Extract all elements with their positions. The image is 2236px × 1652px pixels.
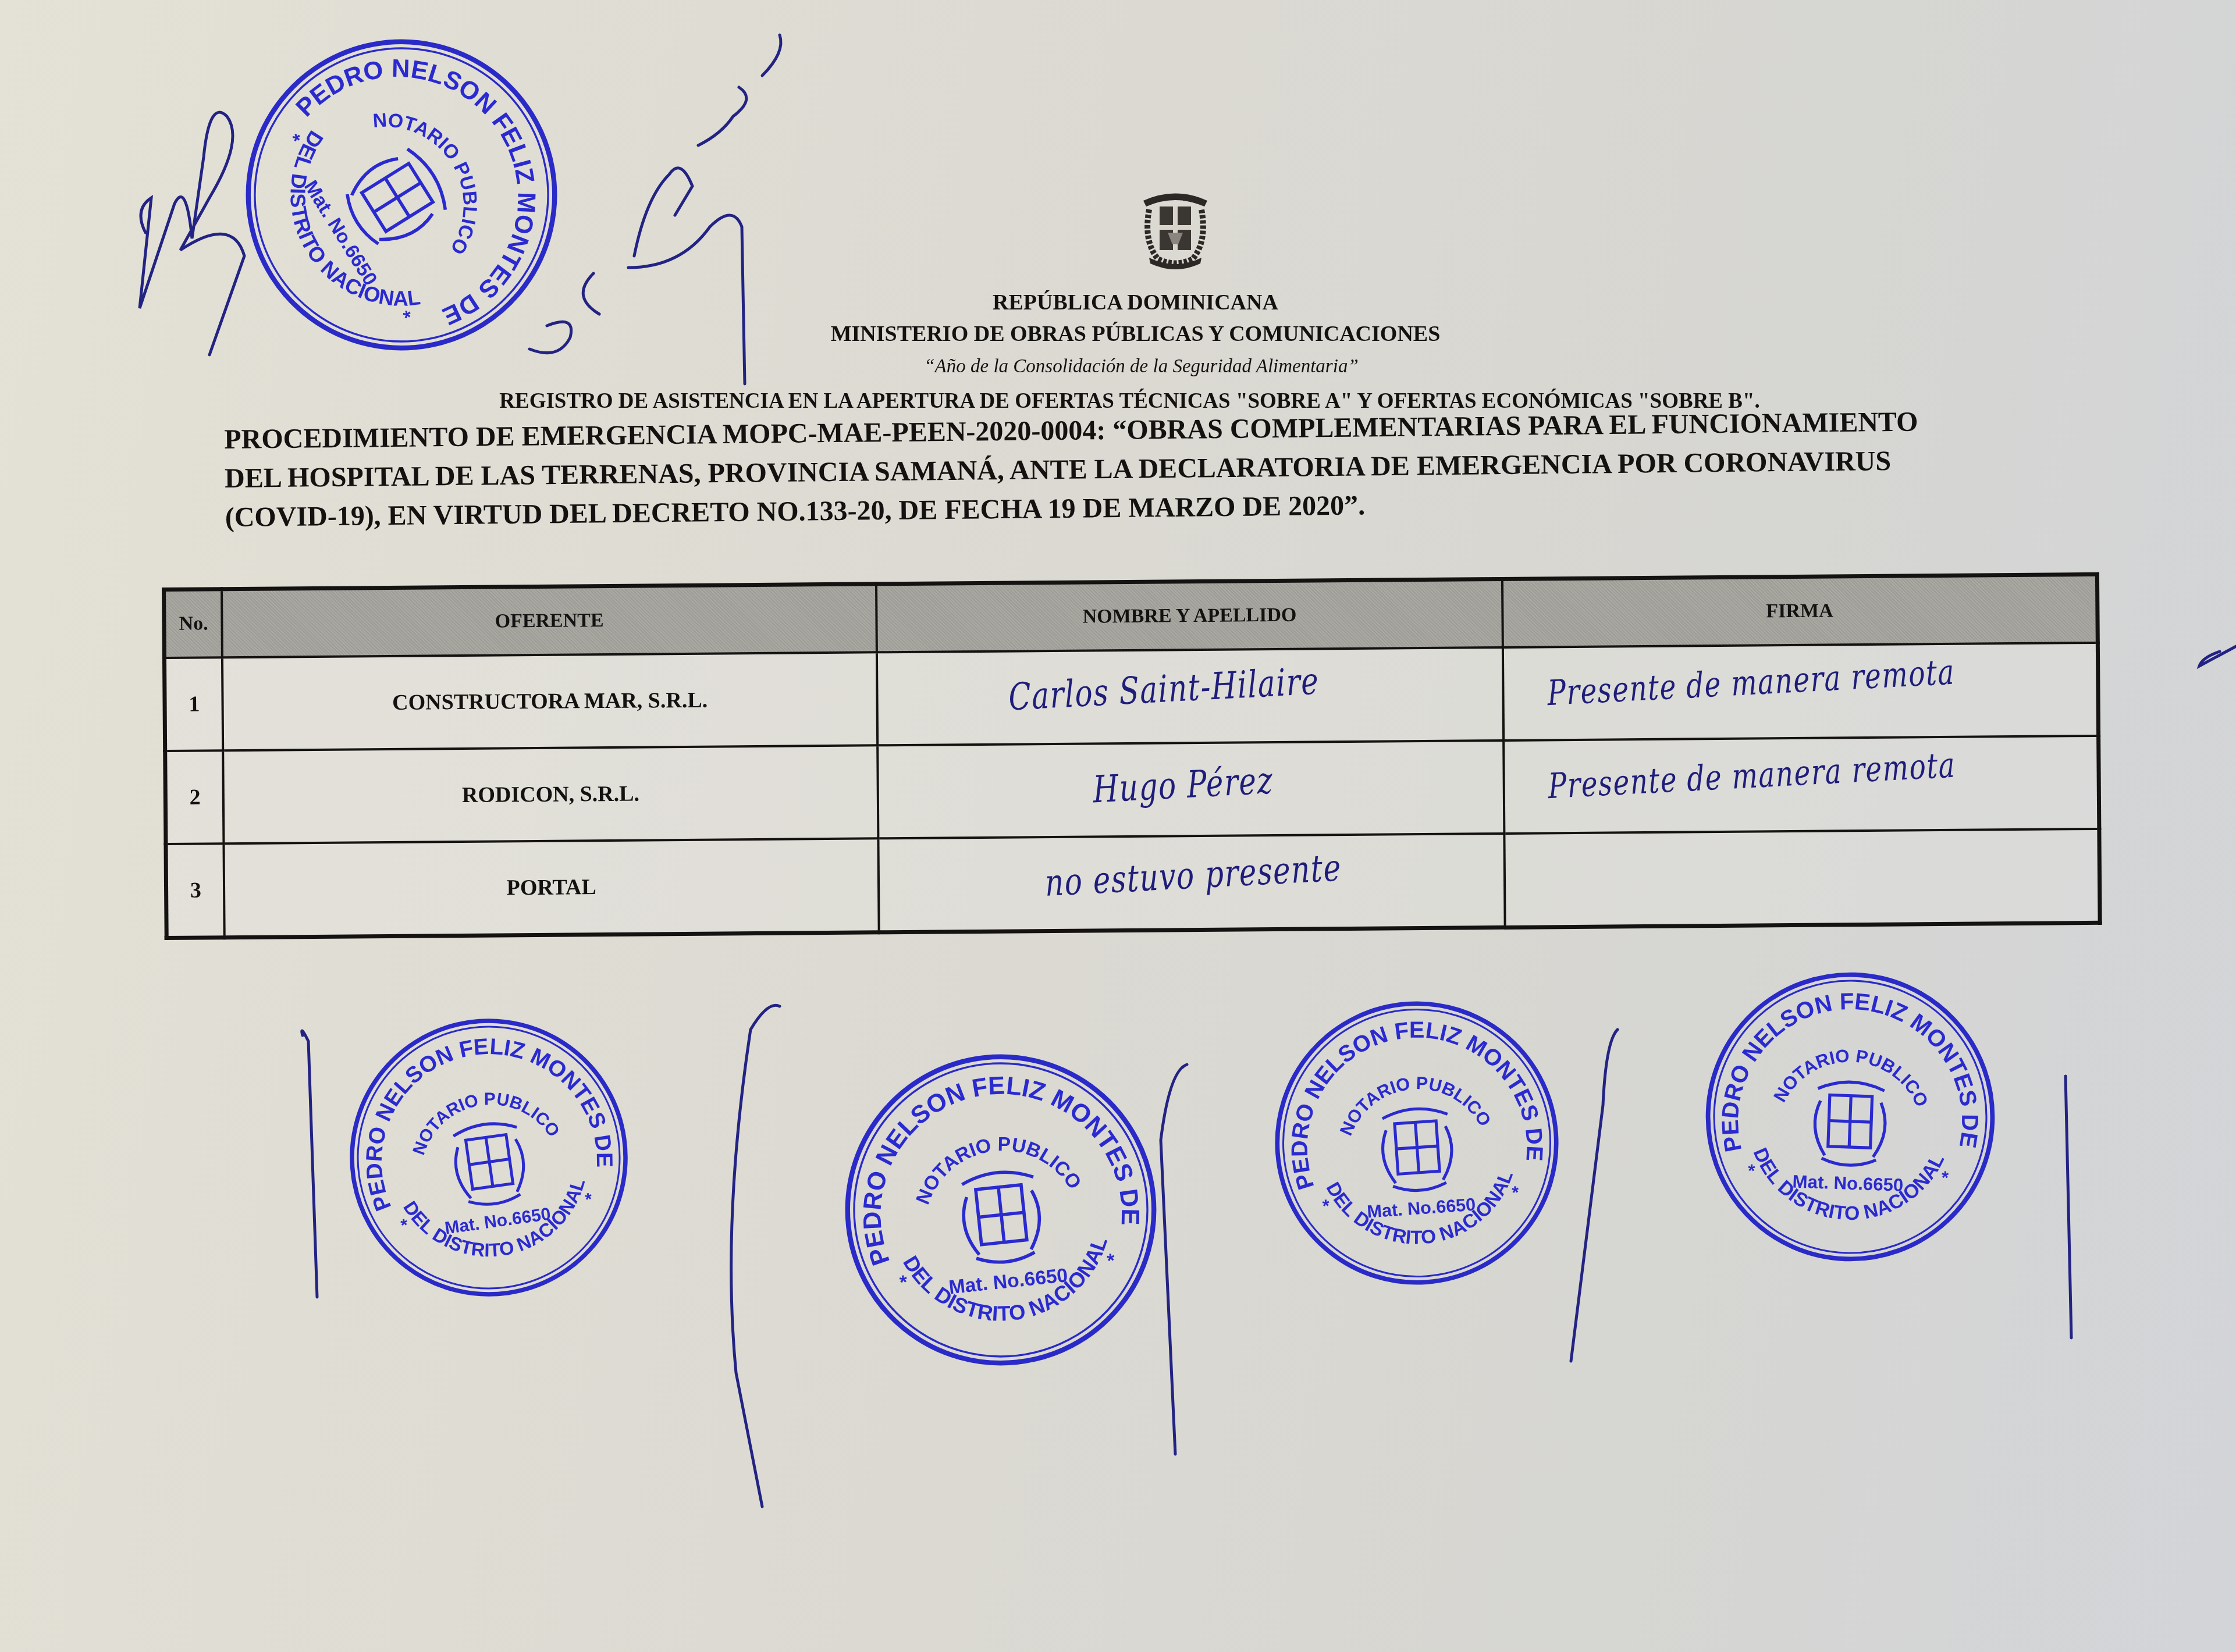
- firma-cell: Presente de manera remota: [1504, 736, 2099, 834]
- handwritten-firma: Presente de manera remota: [1547, 651, 1956, 714]
- header-nombre: NOMBRE Y APELLIDO: [876, 579, 1503, 652]
- table-row: 3 PORTAL no estuvo presente: [166, 829, 2100, 938]
- firma-cell: Presente de manera remota: [1503, 643, 2098, 740]
- header-firma: FIRMA: [1502, 574, 2098, 647]
- row-number: 1: [164, 657, 223, 751]
- handwritten-name: no estuvo presente: [1044, 846, 1342, 905]
- document-page: REPÚBLICA DOMINICANA MINISTERIO DE OBRAS…: [0, 0, 2236, 1652]
- table-row: 2 RODICON, S.R.L. Hugo Pérez Presente de…: [165, 736, 2099, 844]
- coat-of-arms-icon: [1132, 183, 1219, 270]
- handwritten-firma: Presente de manera remota: [1548, 745, 1957, 807]
- header-no: No.: [164, 589, 223, 658]
- nombre-cell: Carlos Saint-Hilaire: [877, 647, 1504, 745]
- signature-scribble: [128, 64, 256, 355]
- row-number: 2: [165, 750, 224, 844]
- nombre-cell: Hugo Pérez: [877, 740, 1505, 838]
- header-oferente: OFERENTE: [222, 584, 876, 657]
- oferente-cell: PORTAL: [224, 838, 879, 937]
- attendance-table: No. OFERENTE NOMBRE Y APELLIDO FIRMA 1 C…: [162, 572, 2102, 940]
- firma-cell: [1505, 829, 2100, 928]
- initial-strokes: [0, 989, 2236, 1571]
- checkmark-icon: [2196, 643, 2236, 678]
- oferente-cell: CONSTRUCTORA MAR, S.R.L.: [222, 652, 877, 750]
- handwritten-date-scribble: [512, 23, 803, 384]
- oferente-cell: RODICON, S.R.L.: [223, 745, 879, 843]
- table-row: 1 CONSTRUCTORA MAR, S.R.L. Carlos Saint-…: [164, 643, 2098, 751]
- handwritten-name: Carlos Saint-Hilaire: [1008, 660, 1320, 720]
- nombre-cell: no estuvo presente: [878, 834, 1505, 932]
- procedure-description: PROCEDIMIENTO DE EMERGENCIA MOPC-MAE-PEE…: [224, 400, 2174, 537]
- row-number: 3: [166, 843, 225, 938]
- handwritten-name: Hugo Pérez: [1092, 759, 1274, 811]
